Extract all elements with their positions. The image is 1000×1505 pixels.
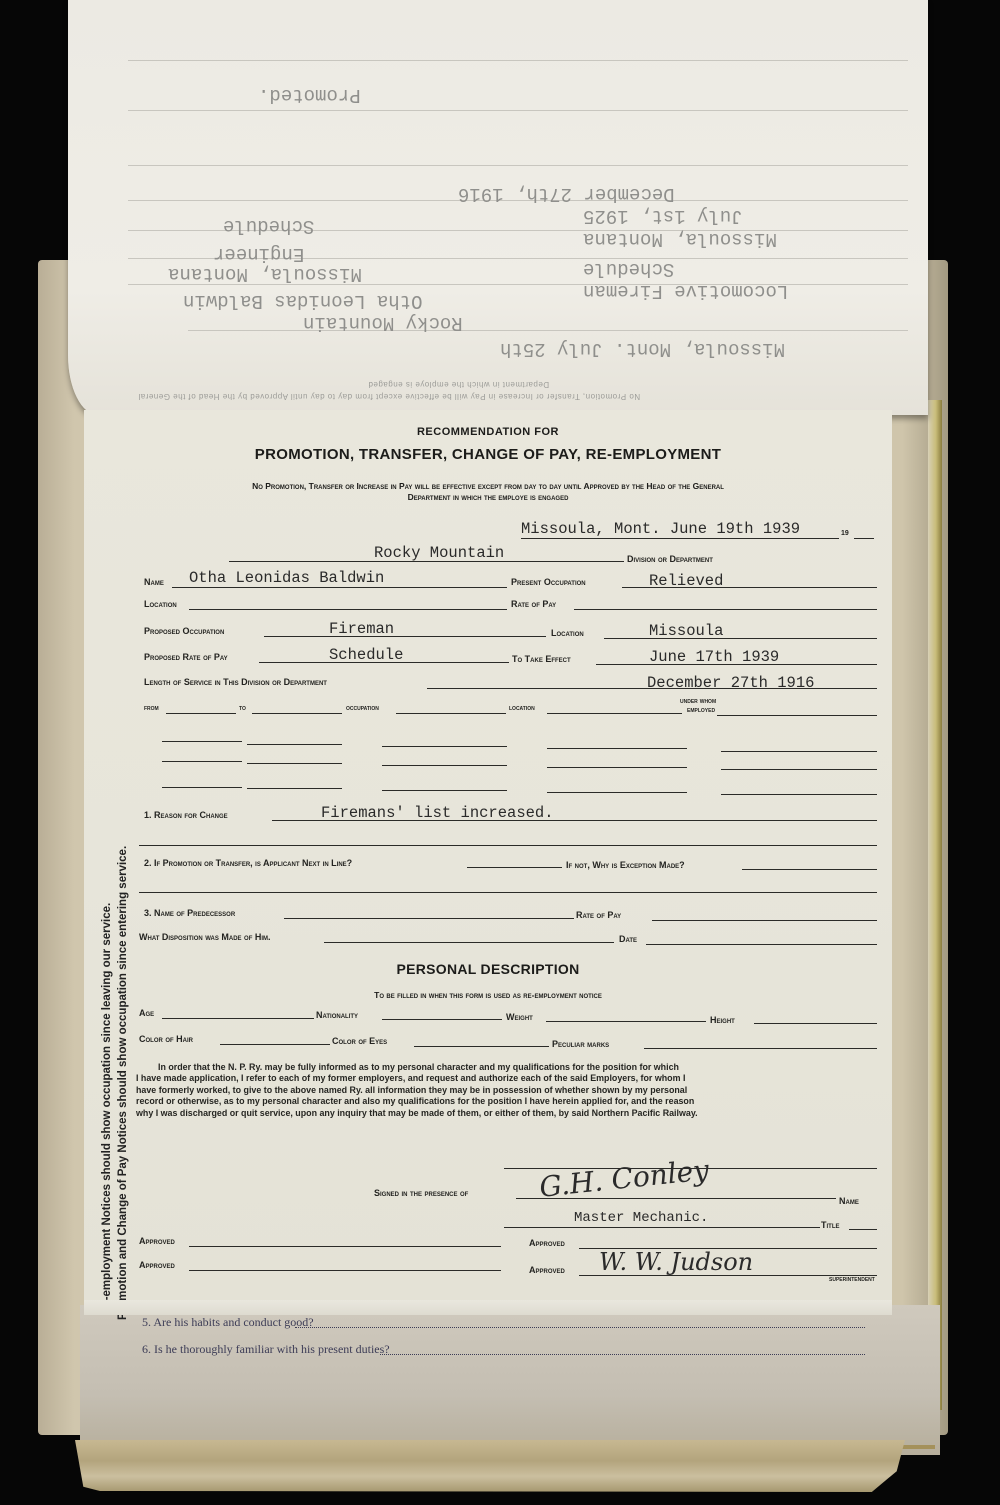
history-from-line (166, 713, 236, 714)
exception-line-2 (139, 892, 877, 893)
title-label: Title (821, 1220, 840, 1230)
rate-of-pay-label: Rate of Pay (511, 599, 556, 609)
date-line (521, 538, 839, 539)
year-line (854, 538, 874, 539)
approved-label-3: Approved (139, 1260, 175, 1270)
disposition-date-line (646, 944, 877, 945)
next-in-line-line (467, 867, 562, 868)
history-under-whom-header: under whom (680, 698, 716, 705)
height-label: Height (710, 1015, 735, 1025)
underlying-question-5: 5. Are his habits and conduct good? (142, 1315, 314, 1330)
approved-label-1: Approved (139, 1236, 175, 1246)
history-cell-line (547, 748, 687, 749)
authorization-line: why I was discharged or quit service, up… (136, 1108, 874, 1119)
mirrored-to-take-effect: July 1st, 1925 (583, 205, 743, 227)
exception-line (742, 869, 877, 870)
disposition-label: What Disposition was Made of Him. (139, 932, 271, 942)
eye-color-line (414, 1046, 549, 1047)
name-value: Otha Leonidas Baldwin (189, 569, 384, 587)
history-location-line (547, 713, 682, 714)
name-line (172, 587, 507, 588)
superintendent-signature: W. W. Judson (599, 1248, 753, 1276)
form-notice-2: Department in which the employe is engag… (84, 491, 892, 503)
authorization-line: have formerly worked, to give to the abo… (136, 1085, 874, 1096)
history-cell-line (382, 765, 507, 766)
name-label: Name (144, 577, 164, 587)
title-line (504, 1227, 820, 1228)
form-title: PROMOTION, TRANSFER, CHANGE OF PAY, RE-E… (84, 446, 892, 463)
height-line (754, 1023, 877, 1024)
authorization-paragraph: In order that the N. P. Ry. may be fully… (136, 1062, 874, 1119)
mirrored-proposed-location: Missoula, Montana (583, 228, 777, 250)
disposition-line (324, 942, 614, 943)
proposed-occupation-line (264, 636, 546, 637)
peculiar-marks-line (644, 1048, 877, 1049)
history-occupation-header: occupation (346, 705, 379, 712)
history-cell-line (247, 788, 342, 789)
weight-line (546, 1021, 706, 1022)
mirrored-date: Missoula, Mont. July 25th (500, 338, 785, 360)
history-from-header: from (144, 705, 159, 712)
hair-color-line (220, 1044, 330, 1045)
personal-description-subtitle: To be filled in when this form is used a… (84, 989, 892, 1001)
proposed-rate-label: Proposed Rate of Pay (144, 652, 228, 662)
length-of-service-value: December 27th 1916 (647, 674, 814, 692)
proposed-rate-value: Schedule (329, 646, 403, 664)
to-take-effect-label: To Take Effect (512, 654, 571, 664)
nationality-label: Nationality (316, 1010, 358, 1020)
ledger-page-edges (928, 400, 942, 1410)
proposed-occupation-value: Fireman (329, 620, 394, 638)
name-label-bottom: Name (839, 1196, 859, 1206)
underlying-question-6: 6. Is he thoroughly familiar with his pr… (142, 1342, 390, 1357)
division-value: Rocky Mountain (374, 544, 504, 562)
superintendent-label: superintendent (829, 1276, 875, 1283)
history-cell-line (547, 792, 687, 793)
rate-of-pay-line (574, 609, 877, 610)
history-to-header: to (239, 705, 246, 712)
signed-in-presence-label: Signed in the presence of (374, 1188, 468, 1198)
predecessor-rate-line (652, 920, 877, 921)
approved-label-2: Approved (529, 1238, 565, 1248)
history-cell-line (382, 790, 507, 791)
history-occupation-line (396, 713, 506, 714)
mirrored-proposed-rate: Schedule (223, 215, 314, 237)
mirrored-name: Otha Leonidas Baldwin (183, 290, 422, 312)
proposed-location-line (604, 638, 877, 639)
mirrored-present-occupation: Locomotive Fireman (583, 280, 788, 302)
form-pretitle: RECOMMENDATION FOR (84, 426, 892, 438)
present-occupation-value: Relieved (649, 572, 723, 590)
underlying-question-6-line (380, 1354, 865, 1355)
division-label: Division or Department (627, 554, 713, 564)
history-cell-line (382, 746, 507, 747)
hair-color-label: Color of Hair (139, 1034, 193, 1044)
ghost-line (128, 110, 908, 111)
present-occupation-label: Present Occupation (511, 577, 586, 587)
title-line-end (849, 1229, 877, 1230)
reason-for-change-value: Firemans' list increased. (321, 804, 554, 822)
underlying-question-5-line (295, 1327, 865, 1328)
mirrored-reason: Promoted. (258, 84, 361, 106)
proposed-location-label: Location (551, 628, 584, 638)
flipped-page: Promoted. December 27th, 1916 July 1st, … (68, 0, 928, 415)
mirrored-length-of-service: December 27th, 1916 (458, 183, 675, 205)
supervisor-signature: G.H. Conley (538, 1153, 711, 1204)
authorization-line: In order that the N. P. Ry. may be fully… (136, 1062, 874, 1073)
mirrored-notice-2: Department in which the employe is engag… (368, 380, 549, 389)
history-cell-line (547, 767, 687, 768)
history-cell-line (162, 787, 242, 788)
weight-label: Weight (506, 1012, 533, 1022)
mirrored-division: Rocky Mountain (303, 312, 463, 334)
reason-for-change-label: 1. Reason for Change (144, 810, 228, 820)
reason-for-change-line-2 (139, 845, 877, 846)
eye-color-label: Color of Eyes (332, 1036, 387, 1046)
next-in-line-label: 2. If Promotion or Transfer, is Applican… (144, 858, 352, 868)
history-location-header: location (509, 705, 535, 712)
approved-line-3 (189, 1270, 501, 1271)
proposed-occupation-label: Proposed Occupation (144, 626, 224, 636)
mirrored-rate-of-pay: Schedule (583, 258, 674, 280)
history-cell-line (721, 769, 877, 770)
age-label: Age (139, 1008, 154, 1018)
history-cell-line (247, 763, 342, 764)
title-value: Master Mechanic. (574, 1210, 708, 1226)
predecessor-line (284, 918, 574, 919)
year-prefix: 19 (841, 530, 849, 537)
ghost-line (128, 60, 908, 61)
history-employed-header: employed (687, 707, 715, 714)
side-note-promotion: Promotion and Change of Pay Notices shou… (117, 846, 129, 1320)
age-line (162, 1018, 314, 1019)
authorization-line: I have made application, I refer to each… (136, 1073, 874, 1084)
ghost-line (128, 165, 908, 166)
authorization-line: record or otherwise, as to my personal c… (136, 1096, 874, 1107)
exception-label: If not, Why is Exception Made? (566, 860, 685, 870)
history-cell-line (162, 761, 242, 762)
location-line (189, 609, 507, 610)
proposed-location-value: Missoula (649, 622, 723, 640)
mirrored-proposed-occupation: Engineer (213, 243, 304, 265)
ghost-line (188, 330, 908, 331)
personal-description-title: PERSONAL DESCRIPTION (84, 961, 892, 977)
history-to-line (252, 713, 342, 714)
history-cell-line (721, 794, 877, 795)
ledger-bottom-pages (75, 1440, 905, 1492)
form-page: Re-employment Notices should show occupa… (84, 410, 892, 1315)
history-cell-line (247, 744, 342, 745)
mirrored-location: Missoula, Montana (168, 263, 362, 285)
approved-label-4: Approved (529, 1265, 565, 1275)
location-label: Location (144, 599, 177, 609)
date-place-value: Missoula, Mont. June 19th 1939 (521, 520, 800, 538)
mirrored-notice: No Promotion, Transfer or Increase in Pa… (138, 392, 640, 401)
predecessor-label: 3. Name of Predecessor (144, 908, 235, 918)
approved-line-1 (189, 1246, 501, 1247)
to-take-effect-value: June 17th 1939 (649, 648, 779, 666)
history-cell-line (162, 741, 242, 742)
peculiar-marks-label: Peculiar marks (552, 1039, 609, 1049)
predecessor-rate-label: Rate of Pay (576, 910, 621, 920)
nationality-line (382, 1019, 502, 1020)
length-of-service-label: Length of Service in This Division or De… (144, 677, 327, 687)
history-cell-line (721, 751, 877, 752)
disposition-date-label: Date (619, 934, 637, 944)
underlying-page: 5. Are his habits and conduct good? 6. I… (80, 1305, 940, 1455)
history-employed-line (717, 715, 877, 716)
